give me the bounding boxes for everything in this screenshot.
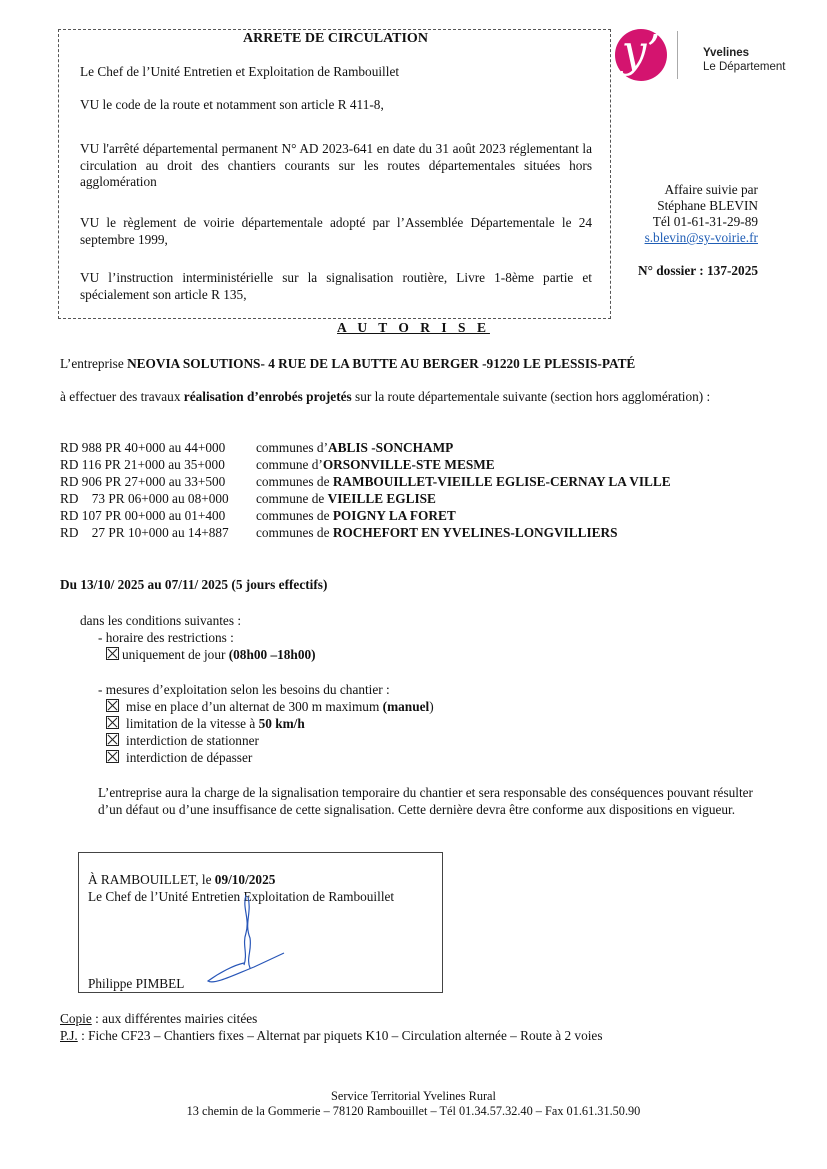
checked-box-icon[interactable] bbox=[106, 647, 119, 660]
dossier-number: N° dossier : 137-2025 bbox=[638, 263, 758, 279]
commune-name: ROCHEFORT EN YVELINES-LONGVILLIERS bbox=[333, 525, 618, 540]
commune-name: RAMBOUILLET-VIEILLE EGLISE-CERNAY LA VIL… bbox=[333, 474, 671, 489]
handwritten-signature-icon bbox=[204, 893, 294, 983]
commune-label: communes de bbox=[256, 508, 333, 523]
logo-glyph: y’ bbox=[615, 26, 667, 78]
commune-name: POIGNY LA FORET bbox=[333, 508, 456, 523]
measure-item: limitation de la vitesse à 50 km/h bbox=[106, 716, 305, 732]
measure-text: interdiction de dépasser bbox=[126, 750, 252, 765]
contact-email[interactable]: s.blevin@sy-voirie.fr bbox=[645, 230, 758, 246]
footer-service: Service Territorial Yvelines Rural bbox=[0, 1089, 827, 1104]
road-communes: commune d’ORSONVILLE-STE MESME bbox=[256, 457, 495, 473]
commune-name: ABLIS -SONCHAMP bbox=[328, 440, 453, 455]
signature-place: À RAMBOUILLET, le bbox=[88, 872, 215, 887]
works-suffix: sur la route départementale suivante (se… bbox=[352, 389, 711, 404]
logo-name: Yvelines bbox=[703, 47, 749, 59]
measure-item: mise en place d’un alternat de 300 m max… bbox=[106, 699, 434, 715]
road-reference: RD 107 PR 00+000 au 01+400 bbox=[60, 508, 255, 524]
company-line: L’entreprise NEOVIA SOLUTIONS- 4 RUE DE … bbox=[60, 356, 770, 373]
road-reference: RD 988 PR 40+000 au 44+000 bbox=[60, 440, 255, 456]
consideration-2: VU l'arrêté départemental permanent N° A… bbox=[80, 141, 592, 191]
conditions-intro: dans les conditions suivantes : bbox=[80, 613, 241, 629]
issuer: Le Chef de l’Unité Entretien et Exploita… bbox=[80, 64, 592, 81]
commune-label: communes d’ bbox=[256, 440, 328, 455]
measure-emphasis: 50 km/h bbox=[259, 716, 305, 731]
checked-box-icon[interactable] bbox=[106, 750, 119, 763]
commune-label: commune d’ bbox=[256, 457, 323, 472]
measure-item: interdiction de dépasser bbox=[106, 750, 252, 766]
measure-text: interdiction de stationner bbox=[126, 733, 259, 748]
measures-label: - mesures d’exploitation selon les besoi… bbox=[98, 682, 390, 698]
measure-item: interdiction de stationner bbox=[106, 733, 259, 749]
measure-text: limitation de la vitesse à bbox=[126, 716, 259, 731]
works-type: réalisation d’enrobés projetés bbox=[184, 389, 352, 404]
road-communes: communes d’ABLIS -SONCHAMP bbox=[256, 440, 453, 456]
road-reference: RD 906 PR 27+000 au 33+500 bbox=[60, 474, 255, 490]
hours-label: - horaire des restrictions : bbox=[98, 630, 234, 646]
signature-box: À RAMBOUILLET, le 09/10/2025 Le Chef de … bbox=[78, 852, 443, 993]
contact-phone: Tél 01-61-31-29-89 bbox=[653, 214, 758, 230]
road-communes: communes de RAMBOUILLET-VIEILLE EGLISE-C… bbox=[256, 474, 671, 490]
logo-separator bbox=[677, 31, 678, 79]
hours-option-text: uniquement de jour bbox=[122, 647, 229, 662]
copy-text: : aux différentes mairies citées bbox=[92, 1011, 258, 1026]
road-communes: commune de VIEILLE EGLISE bbox=[256, 491, 436, 507]
signature-place-date: À RAMBOUILLET, le 09/10/2025 bbox=[88, 872, 275, 888]
copy-line: Copie : aux différentes mairies citées bbox=[60, 1011, 257, 1027]
hours-option: uniquement de jour (08h00 –18h00) bbox=[106, 647, 316, 663]
measure-suffix: ) bbox=[429, 699, 433, 714]
commune-label: communes de bbox=[256, 474, 333, 489]
road-communes: communes de POIGNY LA FORET bbox=[256, 508, 456, 524]
responsibility-text: L’entreprise aura la charge de la signal… bbox=[98, 784, 768, 818]
logo-subtitle: Le Département bbox=[703, 61, 785, 73]
contact-followed-by: Affaire suivie par bbox=[664, 182, 758, 198]
commune-name: ORSONVILLE-STE MESME bbox=[323, 457, 495, 472]
copy-label: Copie bbox=[60, 1011, 92, 1026]
works-prefix: à effectuer des travaux bbox=[60, 389, 184, 404]
signatory-name: Philippe PIMBEL bbox=[88, 976, 184, 992]
consideration-1: VU le code de la route et notamment son … bbox=[80, 97, 592, 114]
measure-emphasis: (manuel bbox=[383, 699, 430, 714]
hours-option-range: (08h00 –18h00) bbox=[229, 647, 316, 662]
consideration-3: VU le règlement de voirie départementale… bbox=[80, 215, 592, 248]
checked-box-icon[interactable] bbox=[106, 716, 119, 729]
measure-text: mise en place d’un alternat de 300 m max… bbox=[126, 699, 383, 714]
works-description: à effectuer des travaux réalisation d’en… bbox=[60, 389, 770, 406]
decision-heading: A U T O R I S E bbox=[0, 320, 827, 336]
contact-name: Stéphane BLEVIN bbox=[657, 198, 758, 214]
commune-label: commune de bbox=[256, 491, 328, 506]
road-reference: RD 73 PR 06+000 au 08+000 bbox=[60, 491, 255, 507]
document-title: ARRETE DE CIRCULATION bbox=[59, 31, 612, 47]
company-name: NEOVIA SOLUTIONS- 4 RUE DE LA BUTTE AU B… bbox=[127, 356, 635, 371]
road-reference: RD 116 PR 21+000 au 35+000 bbox=[60, 457, 255, 473]
header-box: ARRETE DE CIRCULATION Le Chef de l’Unité… bbox=[58, 29, 611, 319]
attachment-line: P.J. : Fiche CF23 – Chantiers fixes – Al… bbox=[60, 1028, 603, 1044]
period: Du 13/10/ 2025 au 07/11/ 2025 (5 jours e… bbox=[60, 577, 327, 593]
attachment-text: : Fiche CF23 – Chantiers fixes – Alterna… bbox=[78, 1028, 603, 1043]
commune-label: communes de bbox=[256, 525, 333, 540]
company-prefix: L’entreprise bbox=[60, 356, 127, 371]
signature-date: 09/10/2025 bbox=[215, 872, 276, 887]
road-reference: RD 27 PR 10+000 au 14+887 bbox=[60, 525, 255, 541]
footer-address: 13 chemin de la Gommerie – 78120 Ramboui… bbox=[0, 1104, 827, 1119]
road-communes: communes de ROCHEFORT EN YVELINES-LONGVI… bbox=[256, 525, 618, 541]
checked-box-icon[interactable] bbox=[106, 733, 119, 746]
checked-box-icon[interactable] bbox=[106, 699, 119, 712]
commune-name: VIEILLE EGLISE bbox=[328, 491, 436, 506]
attachment-label: P.J. bbox=[60, 1028, 78, 1043]
consideration-4: VU l’instruction interministérielle sur … bbox=[80, 270, 592, 303]
